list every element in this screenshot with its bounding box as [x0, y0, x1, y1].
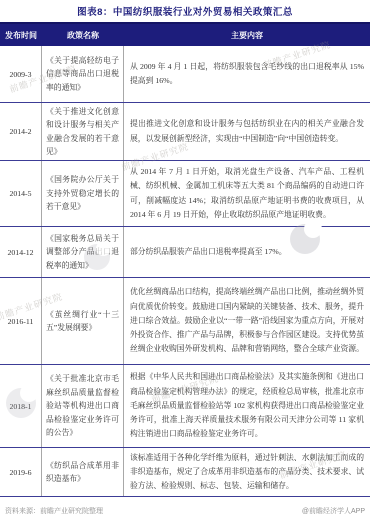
cell-date: 2018-1: [0, 365, 42, 447]
table-row: 2014-5 《国务院办公厅关于支持外贸稳定增长的若干意见》 从 2014 年 …: [0, 161, 370, 227]
cell-main-content: 优化丝绸商品出口结构，提高终端丝绸产品出口比例，推动丝绸外贸向优质优价转变。鼓励…: [124, 278, 370, 364]
cell-date: 2019-6: [0, 448, 42, 496]
figure-footer: 资料来源：前瞻产业研究院整理 @前瞻经济学人APP: [5, 506, 365, 516]
policy-table: 发布时间 政策名称 主要内容 2009-3 《关于提高轻纺电子信息等商品出口退税…: [0, 22, 370, 497]
table-row: 2018-1 《关于批准北京市毛麻丝织品质量监督检验站等机构进出口商品检验鉴定业…: [0, 365, 370, 448]
cell-main-content: 从 2014 年 7 月 1 日开始，取消光盘生产设备、汽车产品、工程机械、纺织…: [124, 161, 370, 226]
cell-main-content: 部分纺织品服装产品出口退税率提高至 17%。: [124, 227, 370, 277]
cell-main-content: 根据《中华人民共和国进出口商品检验法》及其实施条例和《进出口商品检验鉴定机构管理…: [124, 365, 370, 447]
cell-date: 2009-3: [0, 46, 42, 102]
figure-page: 图表8：中国纺织服装行业对外贸易相关政策汇总 发布时间 政策名称 主要内容 20…: [0, 0, 370, 520]
source-note: 资料来源：前瞻产业研究院整理: [5, 506, 103, 516]
table-row: 2009-3 《关于提高轻纺电子信息等商品出口退税率的通知》 从 2009 年 …: [0, 46, 370, 103]
cell-main-content: 该标准适用于各种化学纤维为原料，通过针刺法、水刺法加工而成的非织造基布，规定了合…: [124, 448, 370, 496]
main-content-text: 优化丝绸商品出口结构，提高终端丝绸产品出口比例，推动丝绸外贸向优质优价转变。鼓励…: [130, 285, 364, 356]
main-content-text: 提出推进文化创意和设计服务与包括纺织业在内的相关产业融合发展，以发展创新型经济，…: [130, 117, 364, 146]
policy-name-text: 《关于提高轻纺电子信息等商品出口退税率的通知》: [46, 54, 119, 95]
cell-date: 2014-5: [0, 161, 42, 226]
cell-date: 2014-12: [0, 227, 42, 277]
credit-note: @前瞻经济学人APP: [302, 506, 365, 516]
cell-policy-name: 《关于提高轻纺电子信息等商品出口退税率的通知》: [42, 46, 124, 102]
column-header-main-content: 主要内容: [124, 30, 370, 41]
main-content-text: 根据《中华人民共和国进出口商品检验法》及其实施条例和《进出口商品检验鉴定机构管理…: [130, 370, 364, 441]
policy-name-text: 《关于批准北京市毛麻丝织品质量监督检验站等机构进出口商品检验鉴定业务许可的公告》: [46, 372, 119, 440]
column-header-policy-name: 政策名称: [42, 30, 124, 41]
table-row: 2019-6 《纺织品合成革用非织造基布》 该标准适用于各种化学纤维为原料，通过…: [0, 448, 370, 497]
policy-name-text: 《茧丝绸行业“十三五”发展纲要》: [46, 308, 119, 335]
cell-policy-name: 《关于批准北京市毛麻丝织品质量监督检验站等机构进出口商品检验鉴定业务许可的公告》: [42, 365, 124, 447]
cell-policy-name: 《茧丝绸行业“十三五”发展纲要》: [42, 278, 124, 364]
cell-date: 2016-11: [0, 278, 42, 364]
cell-policy-name: 《关于推进文化创意和设计服务与相关产业融合发展的若干意见》: [42, 103, 124, 160]
table-header-row: 发布时间 政策名称 主要内容: [0, 22, 370, 46]
policy-name-text: 《关于推进文化创意和设计服务与相关产业融合发展的若干意见》: [46, 105, 119, 159]
page-title: 图表8：中国纺织服装行业对外贸易相关政策汇总: [0, 4, 370, 18]
main-content-text: 从 2009 年 4 月 1 日起，将纺织服装包含毛纱线的出口退税率从 15%提…: [130, 60, 364, 89]
policy-name-text: 《国家税务总局关于调整部分产品出口退税率的通知》: [46, 232, 119, 273]
cell-main-content: 从 2009 年 4 月 1 日起，将纺织服装包含毛纱线的出口退税率从 15%提…: [124, 46, 370, 102]
main-content-text: 从 2014 年 7 月 1 日开始，取消光盘生产设备、汽车产品、工程机械、纺织…: [130, 165, 364, 222]
cell-policy-name: 《国家税务总局关于调整部分产品出口退税率的通知》: [42, 227, 124, 277]
main-content-text: 该标准适用于各种化学纤维为原料，通过针刺法、水刺法加工而成的非织造基布，规定了合…: [130, 451, 364, 494]
policy-name-text: 《纺织品合成革用非织造基布》: [46, 459, 119, 486]
cell-main-content: 提出推进文化创意和设计服务与包括纺织业在内的相关产业融合发展，以发展创新型经济，…: [124, 103, 370, 160]
table-row: 2014-12 《国家税务总局关于调整部分产品出口退税率的通知》 部分纺织品服装…: [0, 227, 370, 278]
column-header-date: 发布时间: [0, 30, 42, 41]
cell-date: 2014-2: [0, 103, 42, 160]
policy-name-text: 《国务院办公厅关于支持外贸稳定增长的若干意见》: [46, 173, 119, 214]
table-row: 2014-2 《关于推进文化创意和设计服务与相关产业融合发展的若干意见》 提出推…: [0, 103, 370, 161]
cell-policy-name: 《纺织品合成革用非织造基布》: [42, 448, 124, 496]
table-row: 2016-11 《茧丝绸行业“十三五”发展纲要》 优化丝绸商品出口结构，提高终端…: [0, 278, 370, 365]
cell-policy-name: 《国务院办公厅关于支持外贸稳定增长的若干意见》: [42, 161, 124, 226]
main-content-text: 部分纺织品服装产品出口退税率提高至 17%。: [130, 245, 364, 259]
